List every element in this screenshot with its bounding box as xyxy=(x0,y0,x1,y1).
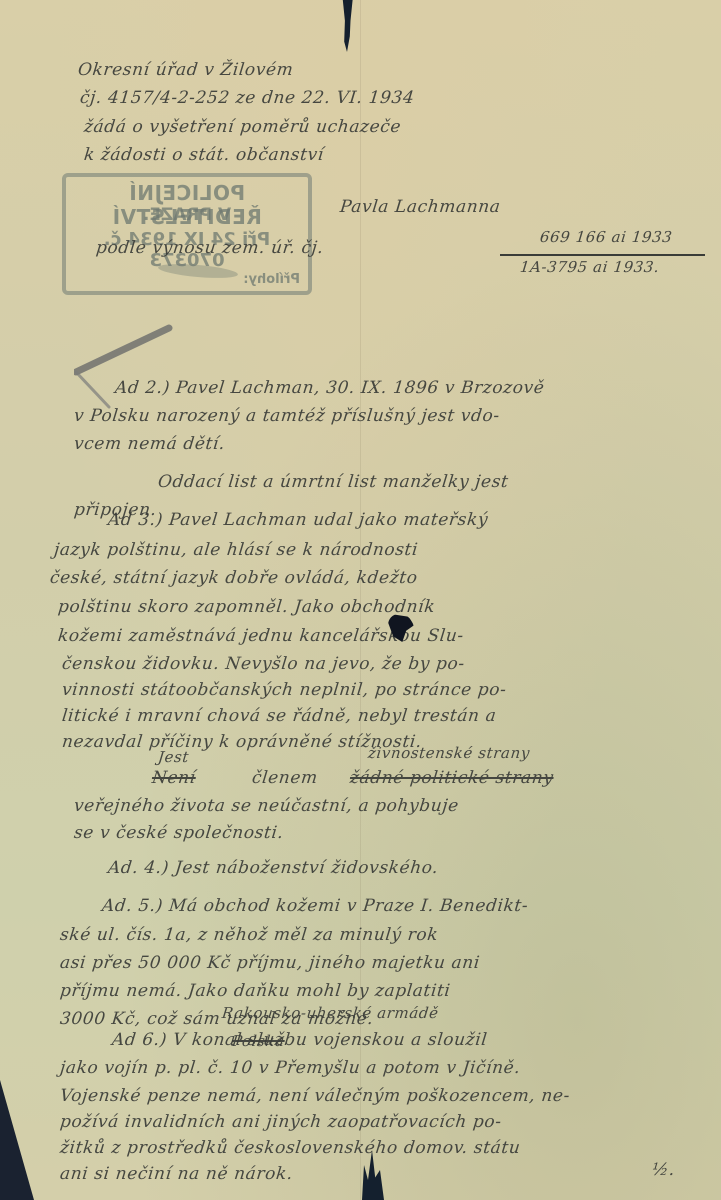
page-corner-shadow xyxy=(0,1080,34,1200)
ad6-line-5: žitků z prostředků československého domo… xyxy=(59,1138,522,1158)
pencil-check-mark xyxy=(74,322,194,412)
stamp-attachments: Přílohy: xyxy=(243,272,300,287)
inserted-jest: Jest xyxy=(157,748,190,766)
header-subject: k žádosti o stát. občanství xyxy=(83,145,325,165)
header-reference: čj. 4157/4-2-252 ze dne 22. VI. 1934 xyxy=(79,88,415,108)
ad3-line-7: vinnosti státoobčanských neplnil, po str… xyxy=(61,680,508,700)
ad6-line-3: Vojenské penze nemá, není válečným poško… xyxy=(59,1086,571,1106)
ad5-line-4: příjmu nemá. Jako daňku mohl by zaplatit… xyxy=(59,981,452,1001)
member-line-2: veřejného života se neúčastní, a pohybuj… xyxy=(73,796,460,816)
inserted-party: živnostenské strany xyxy=(367,744,531,762)
ad5-line-2: ské ul. čís. 1a, z něhož měl za minulý r… xyxy=(59,925,439,945)
certificates-line-1: Oddací list a úmrtní list manželky jest xyxy=(157,472,510,492)
ad3-line-2: jazyk polštinu, ale hlásí se k národnost… xyxy=(53,540,419,560)
ad4-line: Ad. 4.) Jest náboženství židovského. xyxy=(107,858,439,878)
applicant-name: Pavla Lachmanna xyxy=(339,197,502,217)
member-word: členem xyxy=(251,768,319,788)
inserted-army: Rakousko-uherské armádě xyxy=(221,1004,440,1022)
closing-mark: ½. xyxy=(651,1160,676,1180)
ad3-line-4: polštinu skoro zapomněl. Jako obchodník xyxy=(57,597,436,617)
decree-number-bottom: 1A-3795 ai 1933. xyxy=(519,258,660,276)
struck-neni: Není xyxy=(151,768,197,788)
paper-tear-top xyxy=(340,0,354,52)
decree-reference-prefix: podle výnosu zem. úř. čj. xyxy=(95,238,325,258)
ad3-line-8: litické i mravní chová se řádně, nebyl t… xyxy=(61,706,497,726)
header-request: žádá o vyšetření poměrů uchazeče xyxy=(83,117,402,137)
ad3-line-3: české, státní jazyk dobře ovládá, kdežto xyxy=(49,568,419,588)
header-office: Okresní úřad v Žilovém xyxy=(77,60,294,80)
stamp-city: V PRAZE. xyxy=(66,205,308,225)
ad6-line-1: Ad 6.) V konal službu vojenskou a slouži… xyxy=(111,1030,488,1050)
struck-poland: Polska xyxy=(231,1032,286,1050)
ad2-line-1: Ad 2.) Pavel Lachman, 30. IX. 1896 v Brz… xyxy=(114,378,546,398)
police-stamp: POLICEJNÍ ŘEDITELSTVÍ V PRAZE. Při 24 IX… xyxy=(62,173,312,295)
ad2-line-3: vcem nemá dětí. xyxy=(73,434,226,454)
ad5-line-1: Ad. 5.) Má obchod kožemi v Praze I. Bene… xyxy=(101,896,529,916)
document-page: Okresní úřad v Žilovém čj. 4157/4-2-252 … xyxy=(0,0,721,1200)
struck-no-party: žádné politické strany xyxy=(349,768,555,788)
ad3-line-1: Ad 3.) Pavel Lachman udal jako mateřský xyxy=(107,510,489,530)
ad2-line-2: v Polsku narozený a tamtéž příslušný jes… xyxy=(73,406,501,426)
ad3-line-6: čenskou židovku. Nevyšlo na jevo, že by … xyxy=(61,654,466,674)
member-line-3: se v české společnosti. xyxy=(73,823,285,843)
ad6-line-2: jako vojín p. pl. č. 10 v Přemyšlu a pot… xyxy=(59,1058,521,1078)
ad6-line-6: ani si nečiní na ně nárok. xyxy=(59,1164,294,1184)
decree-number-top: 669 166 ai 1933 xyxy=(539,228,673,246)
ad6-line-4: požívá invalidních ani jiných zaopatřova… xyxy=(59,1112,503,1132)
fraction-line xyxy=(500,254,705,256)
ad5-line-3: asi přes 50 000 Kč příjmu, jiného majetk… xyxy=(59,953,481,973)
